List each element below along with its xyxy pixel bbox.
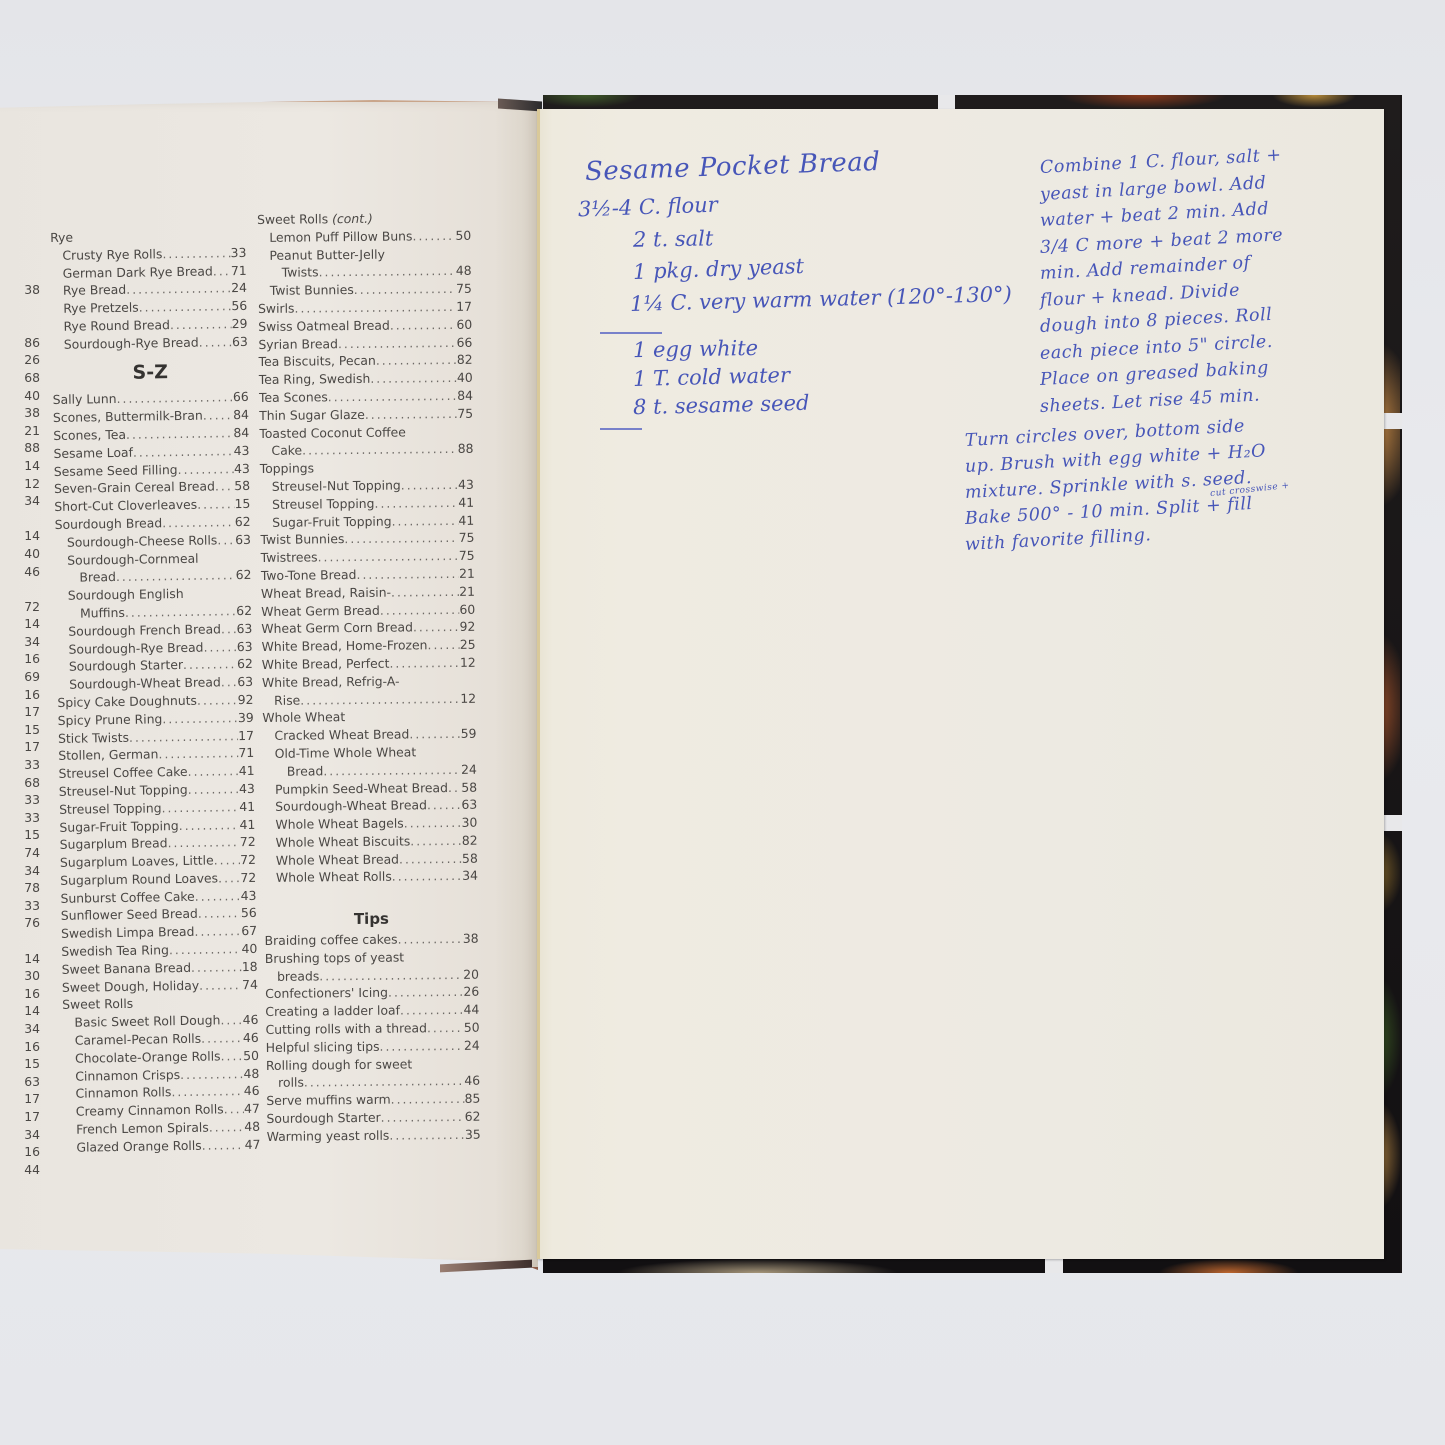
recipe-directions-part-1: Combine 1 C. flour, salt +yeast in large… [1040,155,1370,420]
cut-off-page-number: 68 [0,369,40,387]
cut-off-page-number: 68 [0,774,40,792]
index-entry-page: 92 [459,618,475,636]
dot-leader [195,887,241,906]
dot-leader [194,922,241,941]
index-entry: breads20 [265,965,479,985]
index-entry-title: Muffins [80,604,125,622]
index-entry: Wheat Bread, Raisin-21 [261,582,475,602]
index-entry-page: 63 [237,673,253,691]
index-entry-title: Cutting rolls with a thread [265,1019,427,1038]
index-entry-title: Rolling dough for sweet [266,1055,412,1074]
handwritten-divider [600,332,662,334]
dot-leader [300,689,460,708]
dot-leader [170,315,232,334]
index-entry-page: 15 [234,495,250,513]
index-entry-title: Syrian Bread [258,335,338,354]
index-entry-title: Twists [282,264,319,282]
index-entry-page: 63 [232,333,248,351]
index-entry-page: 40 [241,940,257,958]
index-entry: Peanut Butter-Jelly [257,244,471,264]
dot-leader [197,691,238,709]
index-entry: Whole Wheat Bagels30 [263,814,477,834]
ingredient: 2 t. salt [633,226,714,251]
index-entry-title: Brushing tops of yeast [265,948,404,967]
index-entry-page: 50 [463,1019,479,1037]
index-entry-page: 26 [463,983,479,1001]
index-entry-page: 85 [464,1090,480,1108]
dot-leader [427,796,461,814]
dot-leader [356,565,459,584]
dot-leader [162,513,235,532]
index-entry: Toasted Coconut Coffee [259,422,473,442]
dot-leader [314,458,458,477]
index-entry-title: Sweet Banana Bread [61,959,191,979]
cut-off-page-number: 44 [0,1161,40,1179]
index-entry-title: Lemon Puff Pillow Buns [269,227,412,246]
index-entry-title: Serve muffins warm [266,1091,390,1110]
index-entry-page: 58 [461,778,477,796]
index-entry-page: 24 [464,1037,480,1055]
index-entry: Toppings [260,458,474,478]
index-entry: Whole Wheat Rolls34 [264,867,478,887]
index-entry-page: 18 [241,958,257,976]
index-entry-title: Short-Cut Cloverleaves [54,496,197,516]
left-cover-edge-bottom [440,1260,532,1273]
index-entry-page: 67 [241,922,257,940]
index-entry: Sourdough Starter62 [266,1108,480,1128]
dot-leader [198,549,235,567]
index-entry: Whole Wheat Biscuits82 [264,832,478,852]
cut-off-page-number: 34 [0,1020,40,1038]
index-entry-page: 17 [238,726,254,744]
section-heading-tips: Tips [264,910,478,930]
index-entry-title: White Bread, Refrig-A- [262,672,400,691]
dot-leader [213,262,231,280]
index-entry-title: Bread [79,568,116,586]
index-entry: Twists48 [258,262,472,282]
dot-leader [197,495,234,513]
dot-leader [397,930,462,948]
index-entry-page: 43 [234,459,250,477]
index-entry-page: 48 [244,1118,260,1136]
index-entry-title: breads [277,967,319,985]
index-entry-page [457,422,473,440]
dot-leader [209,1118,245,1136]
dot-leader [214,851,241,869]
dot-leader [221,673,238,691]
index-entry: Brushing tops of yeast [265,948,479,968]
index-entry-page [242,993,258,1011]
dot-leader [385,245,456,264]
index-entry-page: 75 [457,405,473,423]
index-entry-title: Rye Round Bread [63,316,170,335]
index-entry-page: 74 [242,976,258,994]
index-entry-page: 43 [233,442,249,460]
index-entry: Twist Bunnies75 [260,529,474,549]
index-entry: Bread24 [263,760,477,780]
index-entry-page: 58 [462,849,478,867]
index-entry-title: Pumpkin Seed-Wheat Bread [275,779,448,799]
dot-leader [169,940,242,959]
index-entry-page: 62 [464,1108,480,1126]
index-entry: Helpful slicing tips24 [266,1037,480,1057]
cut-off-page-number: 38 [0,281,40,299]
cut-off-page-number: 17 [0,1108,40,1126]
index-entry-page: 30 [461,814,477,832]
cut-off-page-number: 21 [0,422,40,440]
index-entry-title: Sunburst Coffee Cake [60,887,194,907]
index-entry-title: Whole Wheat Rolls [276,868,392,887]
cut-off-page-number: 15 [0,826,40,844]
cover-photo-gap [938,95,955,109]
dot-leader [391,511,458,529]
index-entry-page: 56 [231,297,247,315]
index-entry-title: Sourdough Starter [266,1109,380,1128]
cut-off-page-number: 34 [0,862,40,880]
index-entry-page: 12 [460,689,476,707]
dot-leader [374,494,458,513]
index-entry-title: Cake [271,442,302,460]
index-entry-page: 60 [456,316,472,334]
index-entry-page: 21 [459,565,475,583]
dot-leader [323,761,461,780]
index-entry-title: Scones, Tea [53,426,126,445]
index-entry-title: Twist Bunnies [260,530,344,549]
cut-off-page-number: 88 [0,439,40,457]
dot-leader [409,725,460,743]
index-entry-title: Spicy Prune Ring [58,710,163,729]
index-entry: Lemon Puff Pillow Buns50 [257,227,471,247]
index-entry-page: 62 [234,513,250,531]
dot-leader [133,994,242,1014]
index-entry-title: Whole Wheat [262,708,345,727]
index-entry-page [458,458,474,476]
index-entry-page: 46 [242,1011,258,1029]
index-entry: Whole Wheat Bread58 [264,849,478,869]
s-z-entries: Sally Lunn66Scones, Buttermilk-Bran84Sco… [53,388,261,1156]
index-entry-title: Sesame Seed Filling [54,461,178,481]
dot-leader [199,976,242,994]
ingredient: 1 egg white [633,336,759,362]
dot-leader [199,333,232,351]
index-entry-page: 50 [455,227,471,245]
index-entry-title: Warming yeast rolls [267,1127,390,1146]
dot-leader [380,600,460,619]
cover-photo-gap [1382,815,1402,831]
dot-leader [404,948,463,966]
index-entry-title: Braiding coffee cakes [265,931,398,950]
dot-leader [391,1090,465,1109]
index-entry-title: Streusel Coffee Cake [58,763,187,783]
index-entry-page: 29 [231,315,247,333]
index-entry-title: Basic Sweet Roll Dough [74,1012,220,1032]
dot-leader [129,727,238,747]
cut-off-page-number: 38 [0,404,40,422]
index-entry-title: Glazed Orange Rolls [76,1137,202,1157]
dot-leader [427,636,459,654]
index-entry-title: Tea Scones [259,388,328,407]
index-entry-page [460,707,476,725]
dot-leader [218,869,240,887]
dot-leader [410,832,462,850]
index-entry-title: Whole Wheat Bread [276,850,399,869]
dot-leader [224,1100,244,1118]
index-column-2: Sweet Rolls (cont.) Lemon Puff Pillow Bu… [257,209,481,1146]
index-entry: White Bread, Home-Frozen25 [261,636,475,656]
index-entry-page: 47 [244,1100,260,1118]
index-entry-title: Streusel Topping [59,799,162,818]
index-entry-page: 63 [236,637,252,655]
index-entry-title: Cinnamon Crisps [75,1066,180,1085]
cut-off-page-number: 12 [0,475,40,493]
dot-leader [179,816,240,835]
dot-leader [379,1037,463,1056]
index-entry-title: Sally Lunn [53,390,117,409]
index-entry: Braiding coffee cakes38 [265,930,479,950]
index-entry-title: Sourdough-Rye Bread [68,638,203,658]
cut-off-page-number: 17 [0,703,40,721]
dot-leader [390,316,457,334]
dot-leader [412,227,455,245]
dot-leader [180,1065,243,1084]
index-entry-title: rolls [278,1074,304,1092]
index-entry-title: Toasted Coconut Coffee [259,423,406,442]
index-entry-page: 84 [457,387,473,405]
index-entry-page: 41 [458,493,474,511]
cut-off-page-number: 15 [0,721,40,739]
dot-leader [126,424,234,443]
dot-leader [338,333,457,352]
index-entry: Swirls17 [258,298,472,318]
index-entry-page: 84 [233,424,249,442]
index-entry-title: Cinnamon Rolls [75,1084,171,1103]
index-entry-title: Rye Pretzels [63,299,139,318]
index-entry-page: 46 [464,1072,480,1090]
cut-off-page-number: 86 [0,334,40,352]
cut-off-page-number: 34 [0,633,40,651]
cut-off-page-number: 69 [0,668,40,686]
index-entry: Wheat Germ Corn Bread92 [261,618,475,638]
index-entry-title: Sourdough Starter [69,656,183,676]
index-entry-title: Sourdough-Rye Bread [64,333,199,353]
dot-leader [401,476,458,494]
section-heading-s-z: S-Z [52,362,248,383]
rye-entries: Crusty Rye Rolls33German Dark Rye Bread7… [50,244,248,354]
dot-leader [344,529,458,548]
index-entry-page: 24 [231,279,247,297]
index-entry: White Bread, Refrig-A- [262,671,476,691]
dot-leader [413,618,460,636]
dot-leader [399,850,462,868]
index-entry-title: Spicy Cake Doughnuts [57,692,197,712]
dot-leader [319,966,463,985]
dot-leader [404,814,462,832]
index-entry: Cracked Wheat Bread59 [262,725,476,745]
index-entry-page: 62 [235,566,251,584]
index-entry: Sugar-Fruit Topping41 [260,511,474,531]
index-entry-page: 20 [463,965,479,983]
index-entry-page [463,948,479,966]
index-entry-title: Helpful slicing tips [266,1038,380,1057]
index-column-1: Rye Crusty Rye Rolls33German Dark Rye Br… [50,226,261,1157]
cut-off-page-number: 17 [0,1090,40,1108]
tips-entries: Braiding coffee cakes38Brushing tops of … [265,930,481,1146]
index-entry-page: 63 [235,531,251,549]
index-entry-title: Old-Time Whole Wheat [275,743,417,762]
index-entry-title: Twist Bunnies [270,281,354,300]
index-entry-page: 17 [456,298,472,316]
cut-off-page-number: 14 [0,457,40,475]
dot-leader [365,405,458,424]
index-entry: Streusel-Nut Topping43 [260,476,474,496]
cut-off-page-number: 16 [0,1038,40,1056]
cut-off-page-number: 33 [0,791,40,809]
index-entry-page: 44 [463,1001,479,1019]
index-entry: White Bread, Perfect12 [262,654,476,674]
dot-leader [389,1126,465,1145]
dot-leader [448,778,461,796]
dot-leader [139,297,232,316]
index-entry-title: Confectioners' Icing [265,984,388,1003]
cut-off-page-number [0,299,40,317]
index-entry-page: 39 [238,709,254,727]
index-entry-page: 92 [237,691,253,709]
index-entry: Rolling dough for sweet [266,1054,480,1074]
index-entry: Two-Tone Bread21 [261,565,475,585]
index-entry: Rise12 [262,689,476,709]
index-entry-title: Scones, Buttermilk-Bran [53,407,203,427]
dot-leader [376,351,457,370]
index-entry-title: Sugarplum Bread [60,835,168,854]
cut-off-page-number: 33 [0,897,40,915]
cut-off-page-number: 14 [0,615,40,633]
dot-leader [183,655,237,674]
index-entry-title: Sourdough-Cornmeal [67,549,199,569]
dot-leader [198,905,241,923]
index-entry-title: Wheat Germ Corn Bread [261,619,413,638]
cut-off-page-number: 63 [0,1073,40,1091]
index-entry: Pumpkin Seed-Wheat Bread58 [263,778,477,798]
index-entry-page: 82 [462,832,478,850]
dot-leader [162,709,238,728]
dot-leader [370,369,457,388]
index-entry-page: 41 [458,511,474,529]
cut-off-page-number: 14 [0,1002,40,1020]
dot-leader [400,1001,464,1019]
index-entry-page: 38 [463,930,479,948]
dot-leader [203,638,236,656]
dot-leader [158,744,238,763]
cut-off-page-number: 78 [0,879,40,897]
index-entry-page: 47 [244,1136,260,1154]
ingredient: 8 t. sesame seed [633,391,810,420]
index-entry-page: 50 [243,1047,259,1065]
index-entry-title: Bread [287,762,324,780]
index-entry-page [464,1054,480,1072]
dot-leader [388,983,463,1002]
index-heading-sweet-rolls-cont: Sweet Rolls (cont.) [257,209,471,229]
index-entry: Swiss Oatmeal Bread60 [258,316,472,336]
cut-off-page-number [0,932,40,950]
dot-leader [406,422,458,440]
cut-off-page-number: 72 [0,598,40,616]
cut-off-page-number: 17 [0,738,40,756]
index-entry-page: 43 [240,887,256,905]
index-entry-page: 66 [233,388,249,406]
index-entry: Warming yeast rolls35 [267,1126,481,1146]
ingredient: 1 T. cold water [633,363,791,391]
handwritten-divider [600,428,642,430]
index-entry-title: Two-Tone Bread [261,566,357,585]
cut-off-page-number: 16 [0,1143,40,1161]
cut-off-page-number: 30 [0,967,40,985]
index-entry-page: 62 [236,602,252,620]
index-entry-page: 46 [243,1029,259,1047]
cut-off-page-number: 15 [0,1055,40,1073]
index-entry: Tea Scones84 [259,387,473,407]
index-entry-page: 41 [239,798,255,816]
index-entry-title: Streusel Topping [272,495,375,514]
dot-leader [381,1108,465,1127]
dot-leader [328,387,457,406]
t-w-entries: Lemon Puff Pillow Buns50Peanut Butter-Je… [257,227,478,888]
index-entry: Syrian Bread66 [258,333,472,353]
index-entry-page [235,548,251,566]
index-entry-page: 63 [461,796,477,814]
index-entry-page: 75 [456,280,472,298]
index-entry-title: Creating a ladder loaf [265,1002,400,1021]
index-entry-title: Stollen, German [58,746,158,765]
index-entry-page: 71 [231,262,247,280]
index-entry-title: Sugar-Fruit Topping [59,817,179,837]
index-entry-page: 40 [457,369,473,387]
index-entry-page: 59 [460,725,476,743]
index-entry-title: Sesame Loaf [53,443,133,462]
dot-leader [162,244,230,263]
dot-leader [188,780,239,799]
cut-off-page-number: 14 [0,950,40,968]
dot-leader [221,620,237,638]
cut-off-page-number: 33 [0,809,40,827]
index-entry: Twistrees75 [261,547,475,567]
index-entry-title: Creamy Cinnamon Rolls [76,1101,224,1121]
index-entry-title: Thin Sugar Glaze [259,406,365,425]
index-entry-page: 88 [457,440,473,458]
index-entry-title: Crusty Rye Rolls [62,245,162,264]
index-entry-page: 75 [459,547,475,565]
cut-off-page-number: 16 [0,650,40,668]
dot-leader [133,442,234,461]
index-entry-page [461,743,477,761]
index-entry: Cake88 [259,440,473,460]
index-entry-page [236,584,252,602]
index-entry: Whole Wheat [262,707,476,727]
index-entry-title: Wheat Germ Bread [261,601,380,620]
index-entry-title: Sourdough-Cheese Rolls [67,531,218,551]
index-entry-title: French Lemon Spirals [76,1119,209,1139]
index-entry: Twist Bunnies75 [258,280,472,300]
index-entry-title: Sourdough English [68,585,184,605]
cut-off-page-number [0,316,40,334]
dot-leader [302,440,458,459]
index-entry-page: 43 [458,476,474,494]
cut-off-page-number: 26 [0,351,40,369]
dot-leader [318,262,455,281]
index-entry-title: Caramel-Pecan Rolls [75,1030,202,1050]
dot-leader [317,547,458,566]
index-entry-title: Stick Twists [58,728,129,747]
dot-leader [161,798,239,817]
